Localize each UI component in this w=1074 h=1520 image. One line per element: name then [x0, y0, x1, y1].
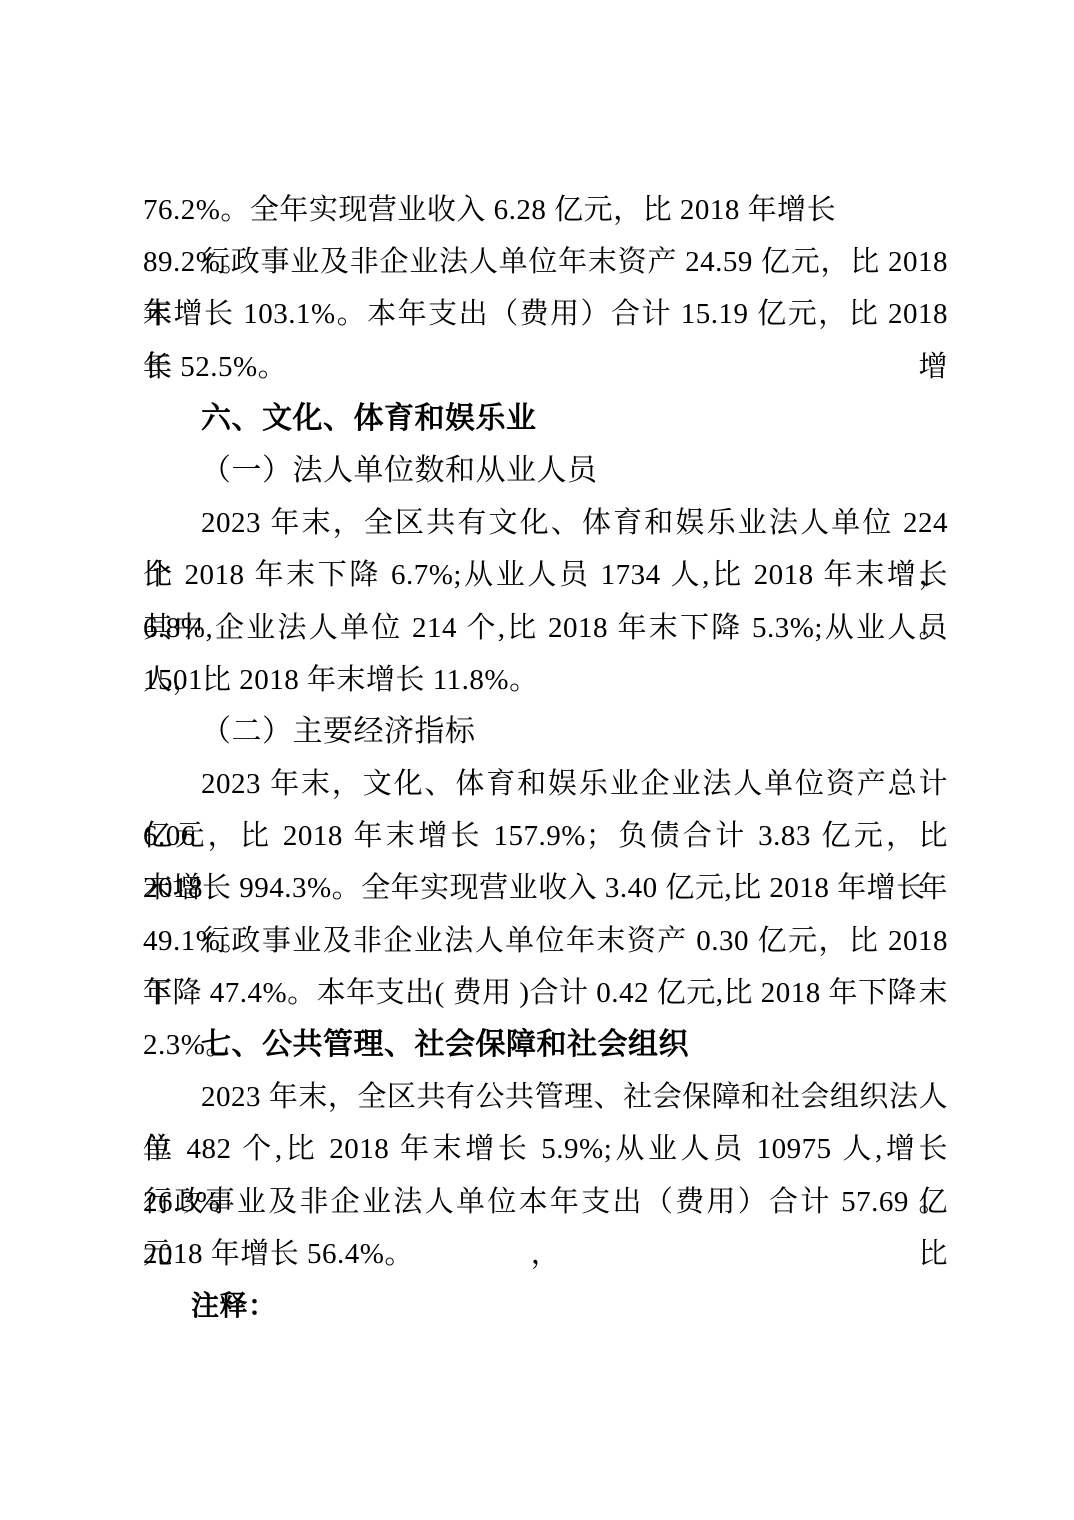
paragraph-line: 亿元，比 2018 年末增长 157.9%；负债合计 3.83 亿元，比 201… [143, 810, 948, 862]
section-7-heading: 七、公共管理、社会保障和社会组织 [143, 1019, 948, 1071]
notes-label: 注释： [143, 1280, 948, 1332]
paragraph-line: 2023 年末，文化、体育和娱乐业企业法人单位资产总计 6.06 [143, 758, 948, 810]
document-content: 76.2%。全年实现营业收入 6.28 亿元，比 2018 年增长 89.2%。… [143, 184, 948, 1332]
paragraph-line: 末增长 103.1%。本年支出（费用）合计 15.19 亿元，比 2018 年增 [143, 288, 948, 340]
paragraph-end-line: 下降 47.4%。本年支出( 费用 )合计 0.42 亿元,比 2018 年下降… [143, 967, 948, 1019]
paragraph-continuation-line: 76.2%。全年实现营业收入 6.28 亿元，比 2018 年增长 89.2%。 [143, 184, 948, 236]
paragraph-line: 行政事业及非企业法人单位年末资产 0.30 亿元，比 2018 年末 [143, 915, 948, 967]
document-page: 76.2%。全年实现营业收入 6.28 亿元，比 2018 年增长 89.2%。… [0, 0, 1074, 1520]
subsection-1-heading: （一）法人单位数和从业人员 [143, 445, 948, 497]
paragraph-end-line: 末增长 994.3%。全年实现营业收入 3.40 亿元,比 2018 年增长 4… [143, 862, 948, 914]
paragraph-line: 行政事业及非企业法人单位年末资产 24.59 亿元，比 2018 年 [143, 236, 948, 288]
paragraph-line: 比 2018 年末下降 6.7%;从业人员 1734 人,比 2018 年末增长… [143, 549, 948, 601]
paragraph-line: 其中,企业法人单位 214 个,比 2018 年末下降 5.3%;从业人员 15… [143, 602, 948, 654]
paragraph-line: 2023 年末，全区共有文化、体育和娱乐业法人单位 224 个， [143, 497, 948, 549]
paragraph-line: 行政事业及非企业法人单位本年支出（费用）合计 57.69 亿元，比 [143, 1176, 948, 1228]
paragraph-end-line: 人，比 2018 年末增长 11.8%。 [143, 654, 948, 706]
paragraph-line: 位 482 个,比 2018 年末增长 5.9%;从业人员 10975 人,增长… [143, 1123, 948, 1175]
paragraph-line: 2023 年末，全区共有公共管理、社会保障和社会组织法人单 [143, 1071, 948, 1123]
section-6-heading: 六、文化、体育和娱乐业 [143, 393, 948, 445]
subsection-2-heading: （二）主要经济指标 [143, 706, 948, 758]
